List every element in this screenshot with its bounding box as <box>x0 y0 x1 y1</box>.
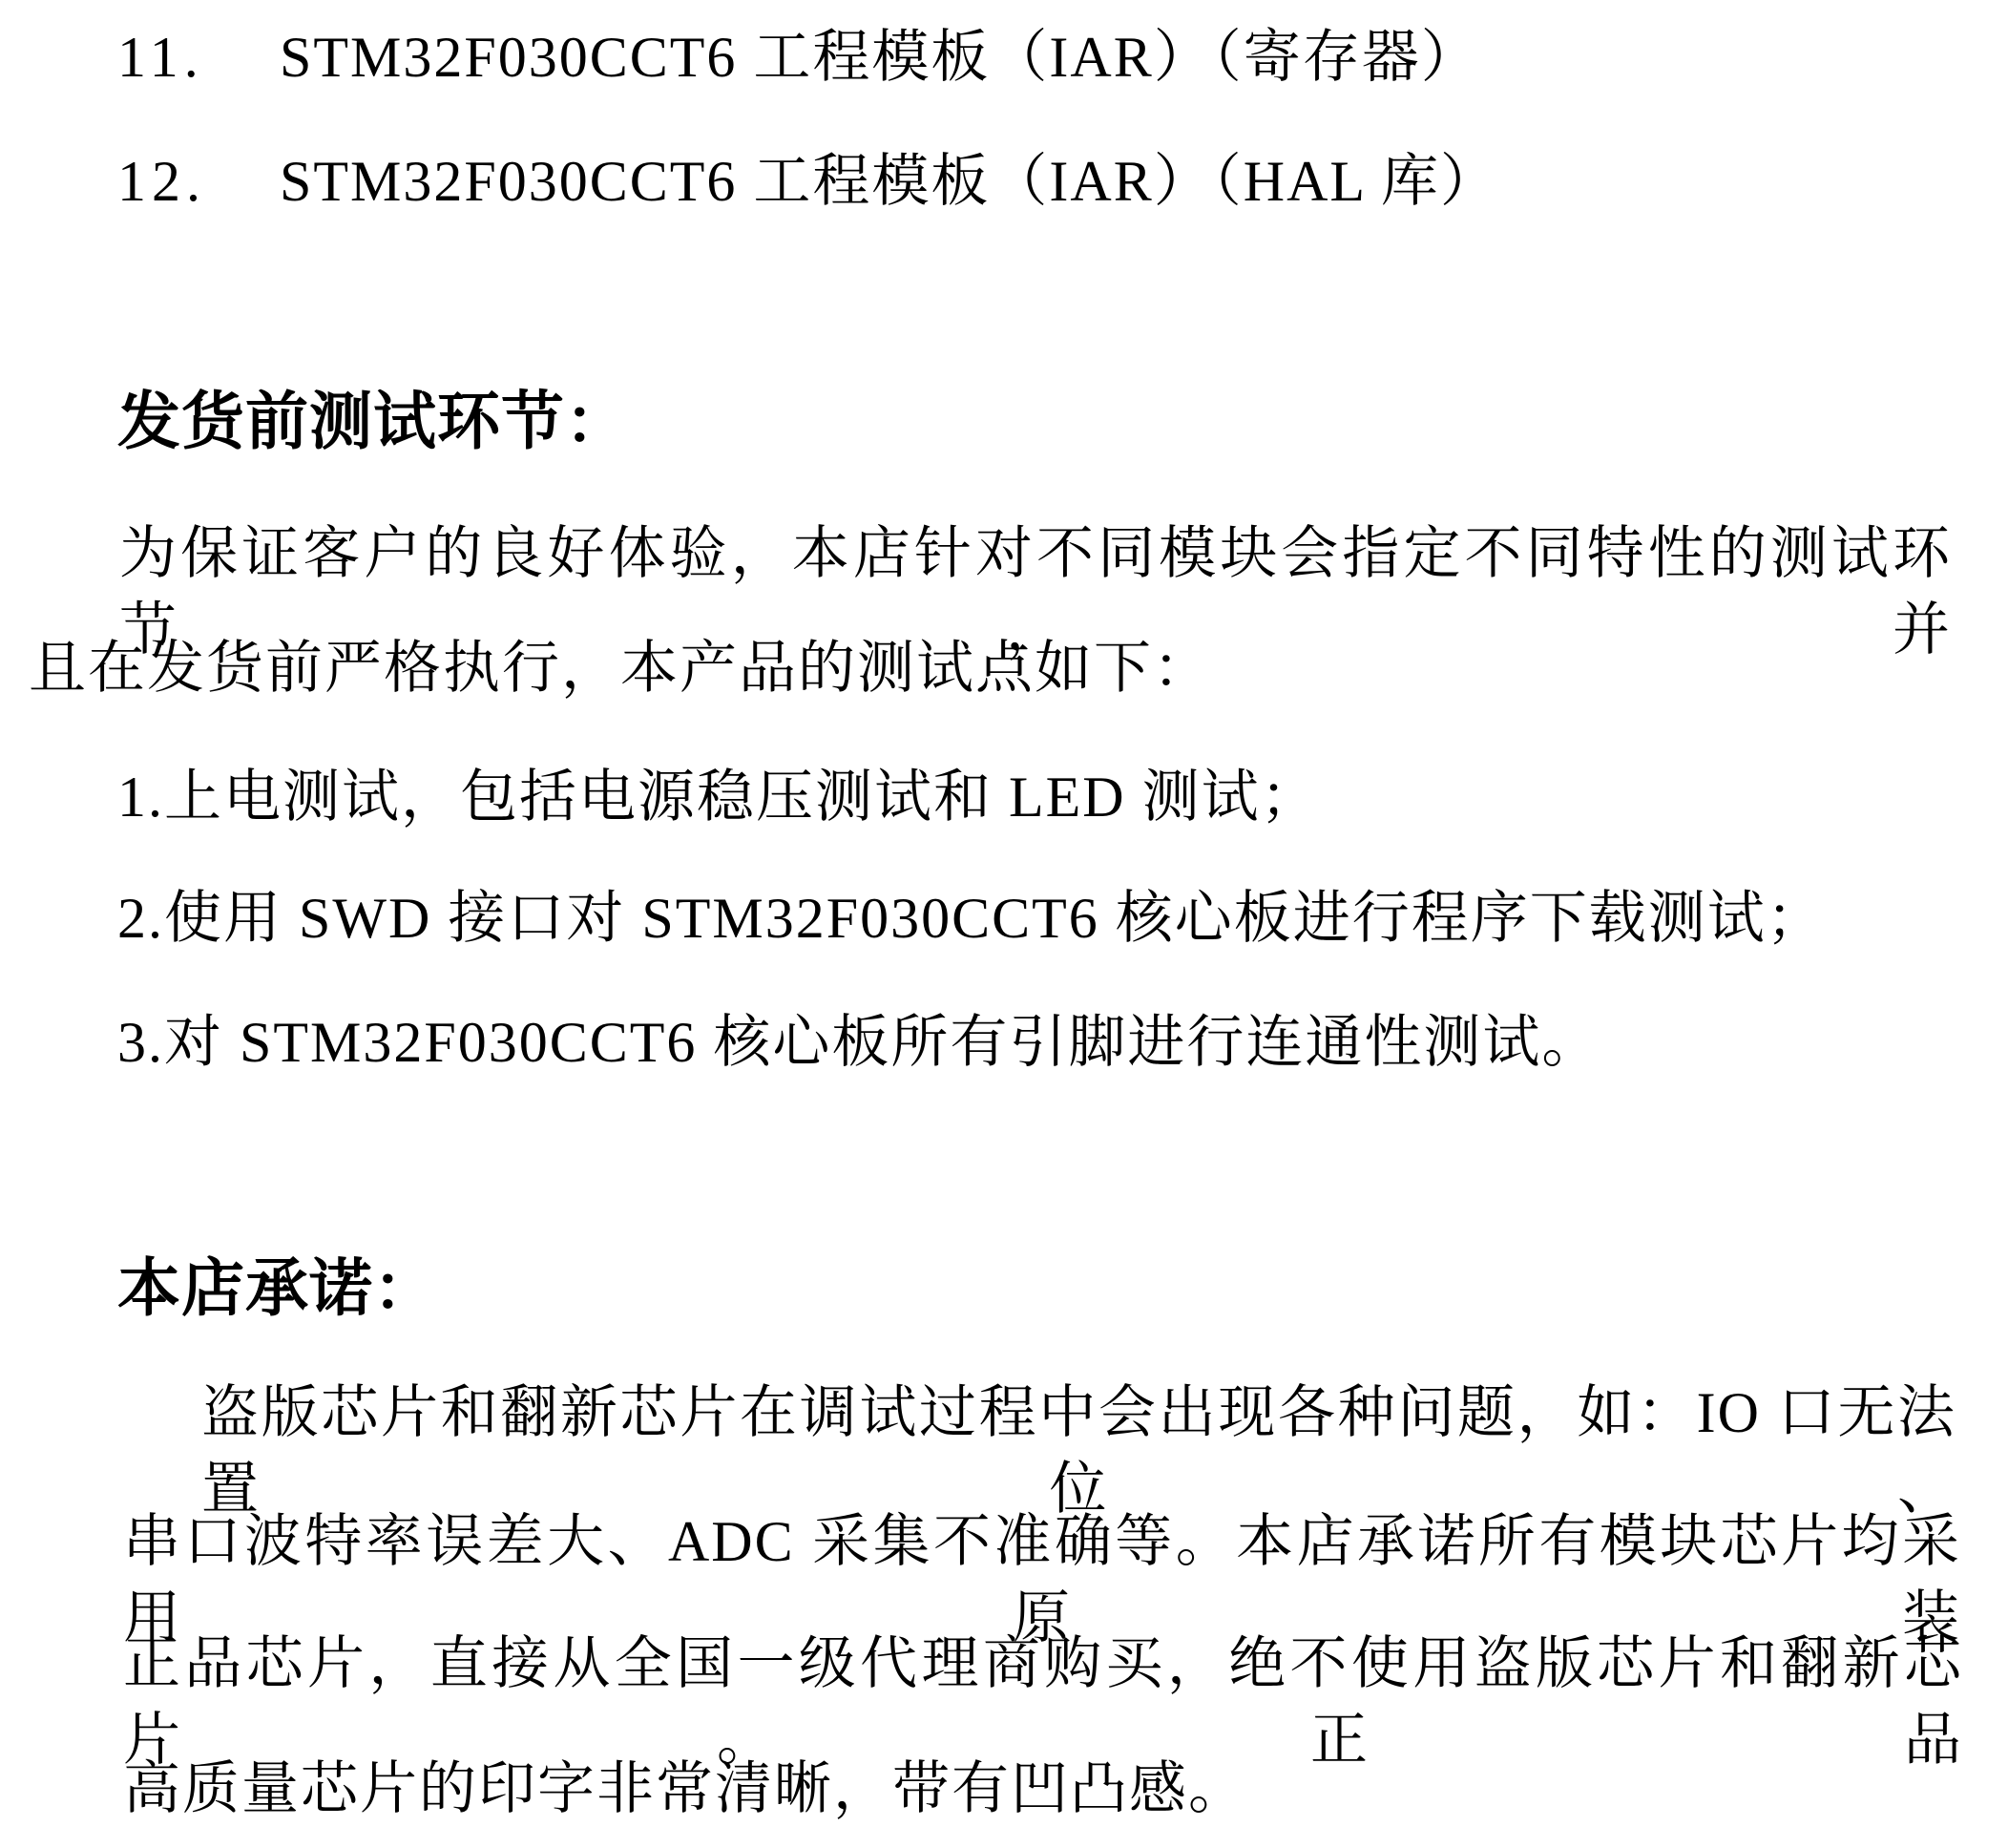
list-item-11-number: 11. <box>117 19 280 95</box>
document-page: 11.STM32F030CCT6 工程模板（IAR）（寄存器） 12.STM32… <box>0 0 2008 1848</box>
list-item-11-text: STM32F030CCT6 工程模板（IAR）（寄存器） <box>280 26 1480 89</box>
list-item-11: 11.STM32F030CCT6 工程模板（IAR）（寄存器） <box>117 19 1480 95</box>
test-step-1: 1.上电测试，包括电源稳压测试和 LED 测试； <box>117 759 1320 835</box>
list-item-12-text: STM32F030CCT6 工程模板（IAR）（HAL 库） <box>280 150 1499 213</box>
list-item-12: 12.STM32F030CCT6 工程模板（IAR）（HAL 库） <box>117 143 1499 220</box>
promise-line-4: 高质量芯片的印字非常清晰，带有凹凸感。 <box>123 1751 1247 1827</box>
heading-pre-ship-test: 发货前测试环节： <box>117 383 629 463</box>
pre-ship-intro-line-2: 且在发货前严格执行，本产品的测试点如下： <box>29 630 1212 706</box>
heading-store-promise: 本店承诺： <box>117 1249 437 1330</box>
test-step-3: 3.对 STM32F030CCT6 核心板所有引脚进行连通性测试。 <box>117 1004 1600 1081</box>
list-item-12-number: 12. <box>117 143 280 220</box>
test-step-2: 2.使用 SWD 接口对 STM32F030CCT6 核心板进行程序下载测试； <box>117 880 1826 956</box>
